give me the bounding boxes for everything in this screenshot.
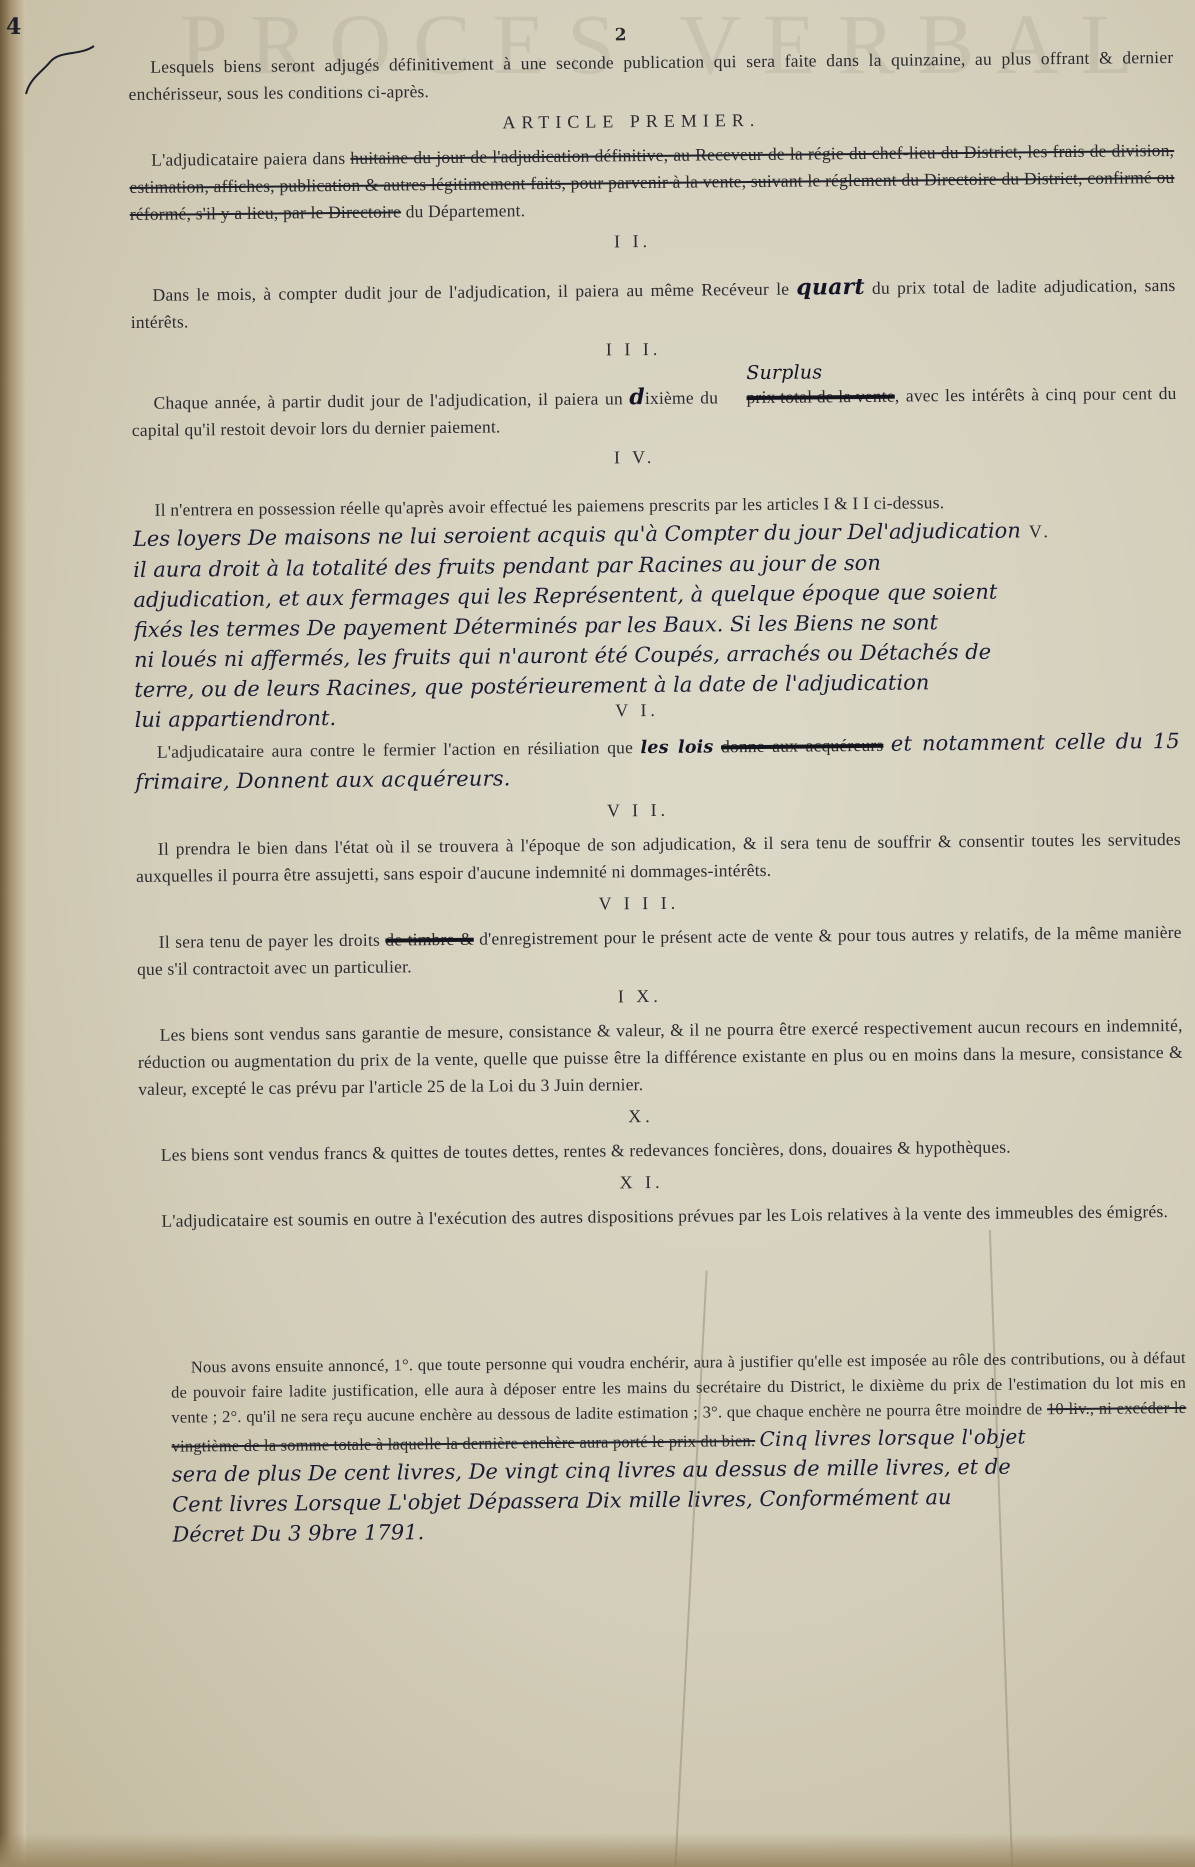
struck-text: de timbre & [385,929,474,950]
printed-text: Chaque année, à partir dudit jour de l'a… [153,388,629,413]
article-heading: V. [1029,521,1052,541]
article-2-text: Dans le mois, à compter dudit jour de l'… [130,271,1175,336]
article-heading: X I. [99,1167,1184,1198]
article-heading: I V. [92,442,1177,473]
article-10-text: Les biens sont vendus francs & quittes d… [139,1132,1184,1169]
struck-text: prix total de la vente [746,386,894,407]
announcement-section: Nous avons ensuite annoncé, 1°. que tout… [171,1345,1188,1550]
article-heading: X. [98,1101,1183,1132]
page-bottom-edge [0,1833,1195,1867]
printed-text: L'adjudicataire paiera dans [151,148,350,170]
article-heading: I X. [97,981,1182,1012]
handwritten-correction: d [629,384,645,410]
struck-text: donne aux acquéreurs [721,735,884,757]
article-heading: I I. [90,226,1175,257]
printed-text: ixième du [645,387,725,408]
article-9-text: Les biens sont vendus sans garantie de m… [138,1012,1184,1103]
intro-paragraph: Lesquels biens seront adjugés définitive… [128,44,1173,108]
printed-text: L'adjudicataire aura contre le fermier l… [157,737,641,762]
document-body: 2 Lesquels biens seront adjugés définiti… [128,20,1188,1550]
printed-text: Nous avons ensuite annoncé, 1°. que tout… [171,1348,1186,1427]
announcement-text: Nous avons ensuite annoncé, 1°. que tout… [171,1345,1187,1460]
article-heading: I I I. [91,334,1176,365]
handwritten-line: Cinq livres lorsque l'objet [759,1424,1025,1451]
page-binding-edge [0,0,26,1867]
article-heading: V I I. [95,795,1180,826]
printed-text: du Département. [401,200,525,221]
article-heading: V I I I. [96,888,1181,919]
handwritten-above: Surplus [724,359,822,387]
handwritten-correction: les lois [640,737,713,758]
announcement-handwritten: sera de plus De cent livres, De vingt ci… [172,1450,1188,1550]
article-1-text: L'adjudicataire paiera dans huitaine du … [129,137,1175,228]
corner-ink-mark: 4 [6,14,21,40]
article-heading: ARTICLE PREMIER. [89,106,1174,137]
printed-text: Dans le mois, à compter dudit jour de l'… [152,279,796,305]
document-page: PROCES VERBAL 4 2 Lesquels biens seront … [0,0,1195,1867]
article-3-text: Chaque année, à partir dudit jour de l'a… [131,379,1176,444]
printed-text: Il sera tenu de payer les droits [159,930,386,952]
article-7-text: Il prendra le bien dans l'état où il se … [136,826,1181,890]
handwritten-insert: quart [796,274,865,301]
article-6-text: L'adjudicataire aura contre le fermier l… [135,726,1181,797]
article-8-text: Il sera tenu de payer les droits de timb… [137,919,1182,983]
